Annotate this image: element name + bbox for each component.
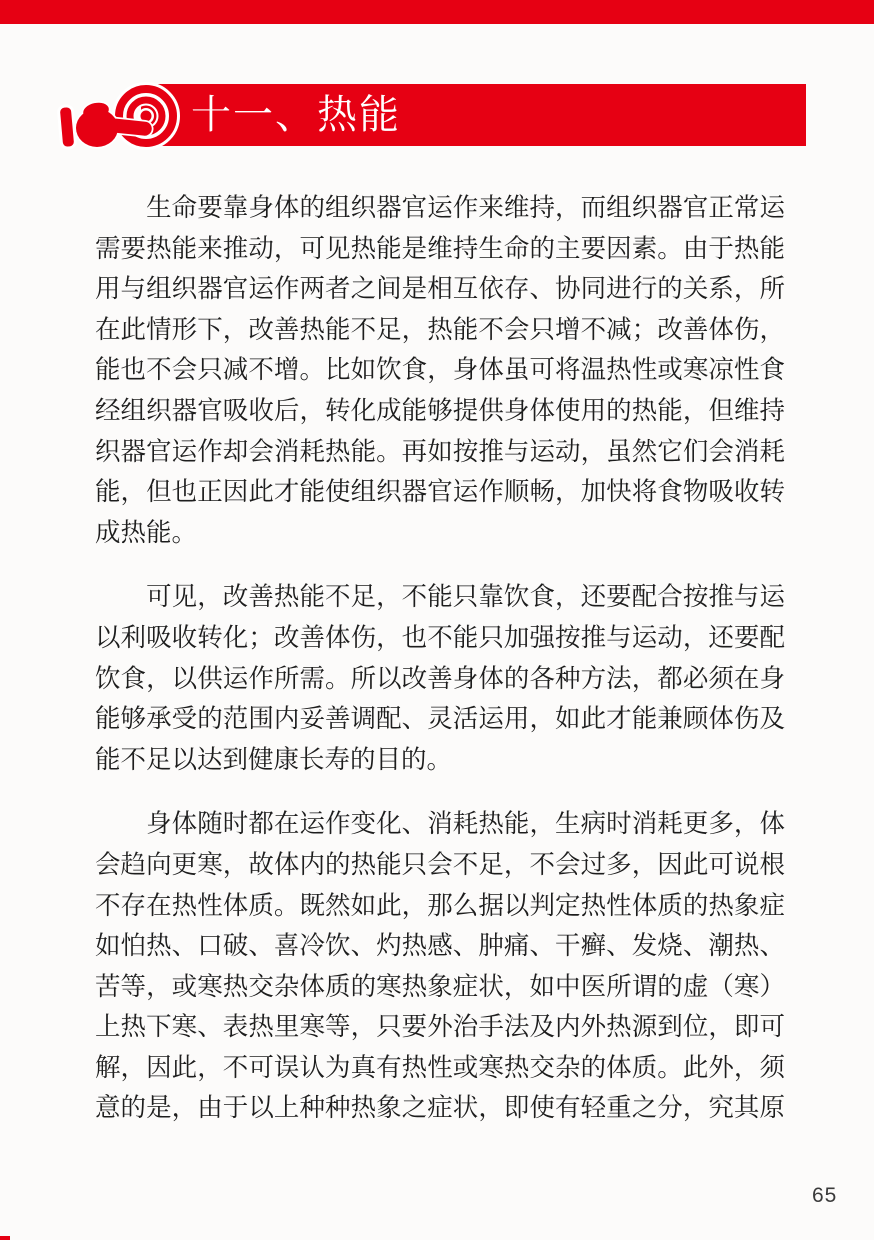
text-line: 织器官运作却会消耗热能。再如按推与运动，虽然它们会消耗热 [95,432,785,473]
page-number: 65 [812,1184,837,1208]
text-line: 能够承受的范围内妥善调配、灵活运用，如此才能兼顾体伤及热 [95,699,785,740]
text-line: 如怕热、口破、喜冷饮、灼热感、肿痛、干癣、发烧、潮热、口 [95,926,785,967]
text-line: 会趋向更寒，故体内的热能只会不足，不会过多，因此可说根本 [95,845,785,886]
text-line: 用与组织器官运作两者之间是相互依存、协同进行的关系，所以 [95,269,785,310]
body-text: 生命要靠身体的组织器官运作来维持，而组织器官正常运作需要热能来推动，可见热能是维… [95,188,785,1153]
text-line: 成热能。 [95,513,785,554]
text-line: 能不足以达到健康长寿的目的。 [95,740,785,781]
text-line: 经组织器官吸收后，转化成能够提供身体使用的热能，但维持组 [95,391,785,432]
text-line: 上热下寒、表热里寒等，只要外治手法及内外热源到位，即可化 [95,1007,785,1048]
text-line: 身体随时都在运作变化、消耗热能，生病时消耗更多，体质 [95,804,785,845]
top-red-band [0,0,874,24]
paragraph: 身体随时都在运作变化、消耗热能，生病时消耗更多，体质会趋向更寒，故体内的热能只会… [95,804,785,1129]
hand-press-icon [56,78,184,154]
section-banner: 十一、热能 [141,84,806,146]
document-page: 十一、热能 生命要靠身体的组织器官运作来维持，而组织器官正常运作需要热能来推动，… [0,0,874,1240]
paragraph: 生命要靠身体的组织器官运作来维持，而组织器官正常运作需要热能来推动，可见热能是维… [95,188,785,553]
text-line: 生命要靠身体的组织器官运作来维持，而组织器官正常运作 [95,188,785,229]
text-line: 需要热能来推动，可见热能是维持生命的主要因素。由于热能作 [95,229,785,270]
text-line: 可见，改善热能不足，不能只靠饮食，还要配合按推与运动， [95,577,785,618]
text-line: 在此情形下，改善热能不足，热能不会只增不减；改善体伤，热 [95,310,785,351]
section-title: 十一、热能 [191,93,401,137]
text-line: 饮食，以供运作所需。所以改善身体的各种方法，都必须在身体 [95,659,785,700]
bottom-left-red-artifact [0,1236,10,1240]
text-line: 以利吸收转化；改善体伤，也不能只加强按推与运动，还要配合 [95,618,785,659]
text-line: 解，因此，不可误认为真有热性或寒热交杂的体质。此外，须注 [95,1048,785,1089]
text-line: 苦等，或寒热交杂体质的寒热象症状，如中医所谓的虚（寒）火、 [95,967,785,1008]
paragraph: 可见，改善热能不足，不能只靠饮食，还要配合按推与运动，以利吸收转化；改善体伤，也… [95,577,785,780]
text-line: 意的是，由于以上种种热象之症状，即使有轻重之分，究其原因 [95,1088,785,1129]
text-line: 能，但也正因此才能使组织器官运作顺畅，加快将食物吸收转化 [95,472,785,513]
text-line: 不存在热性体质。既然如此，那么据以判定热性体质的热象症状， [95,886,785,927]
text-line: 能也不会只减不增。比如饮食，身体虽可将温热性或寒凉性食物 [95,350,785,391]
